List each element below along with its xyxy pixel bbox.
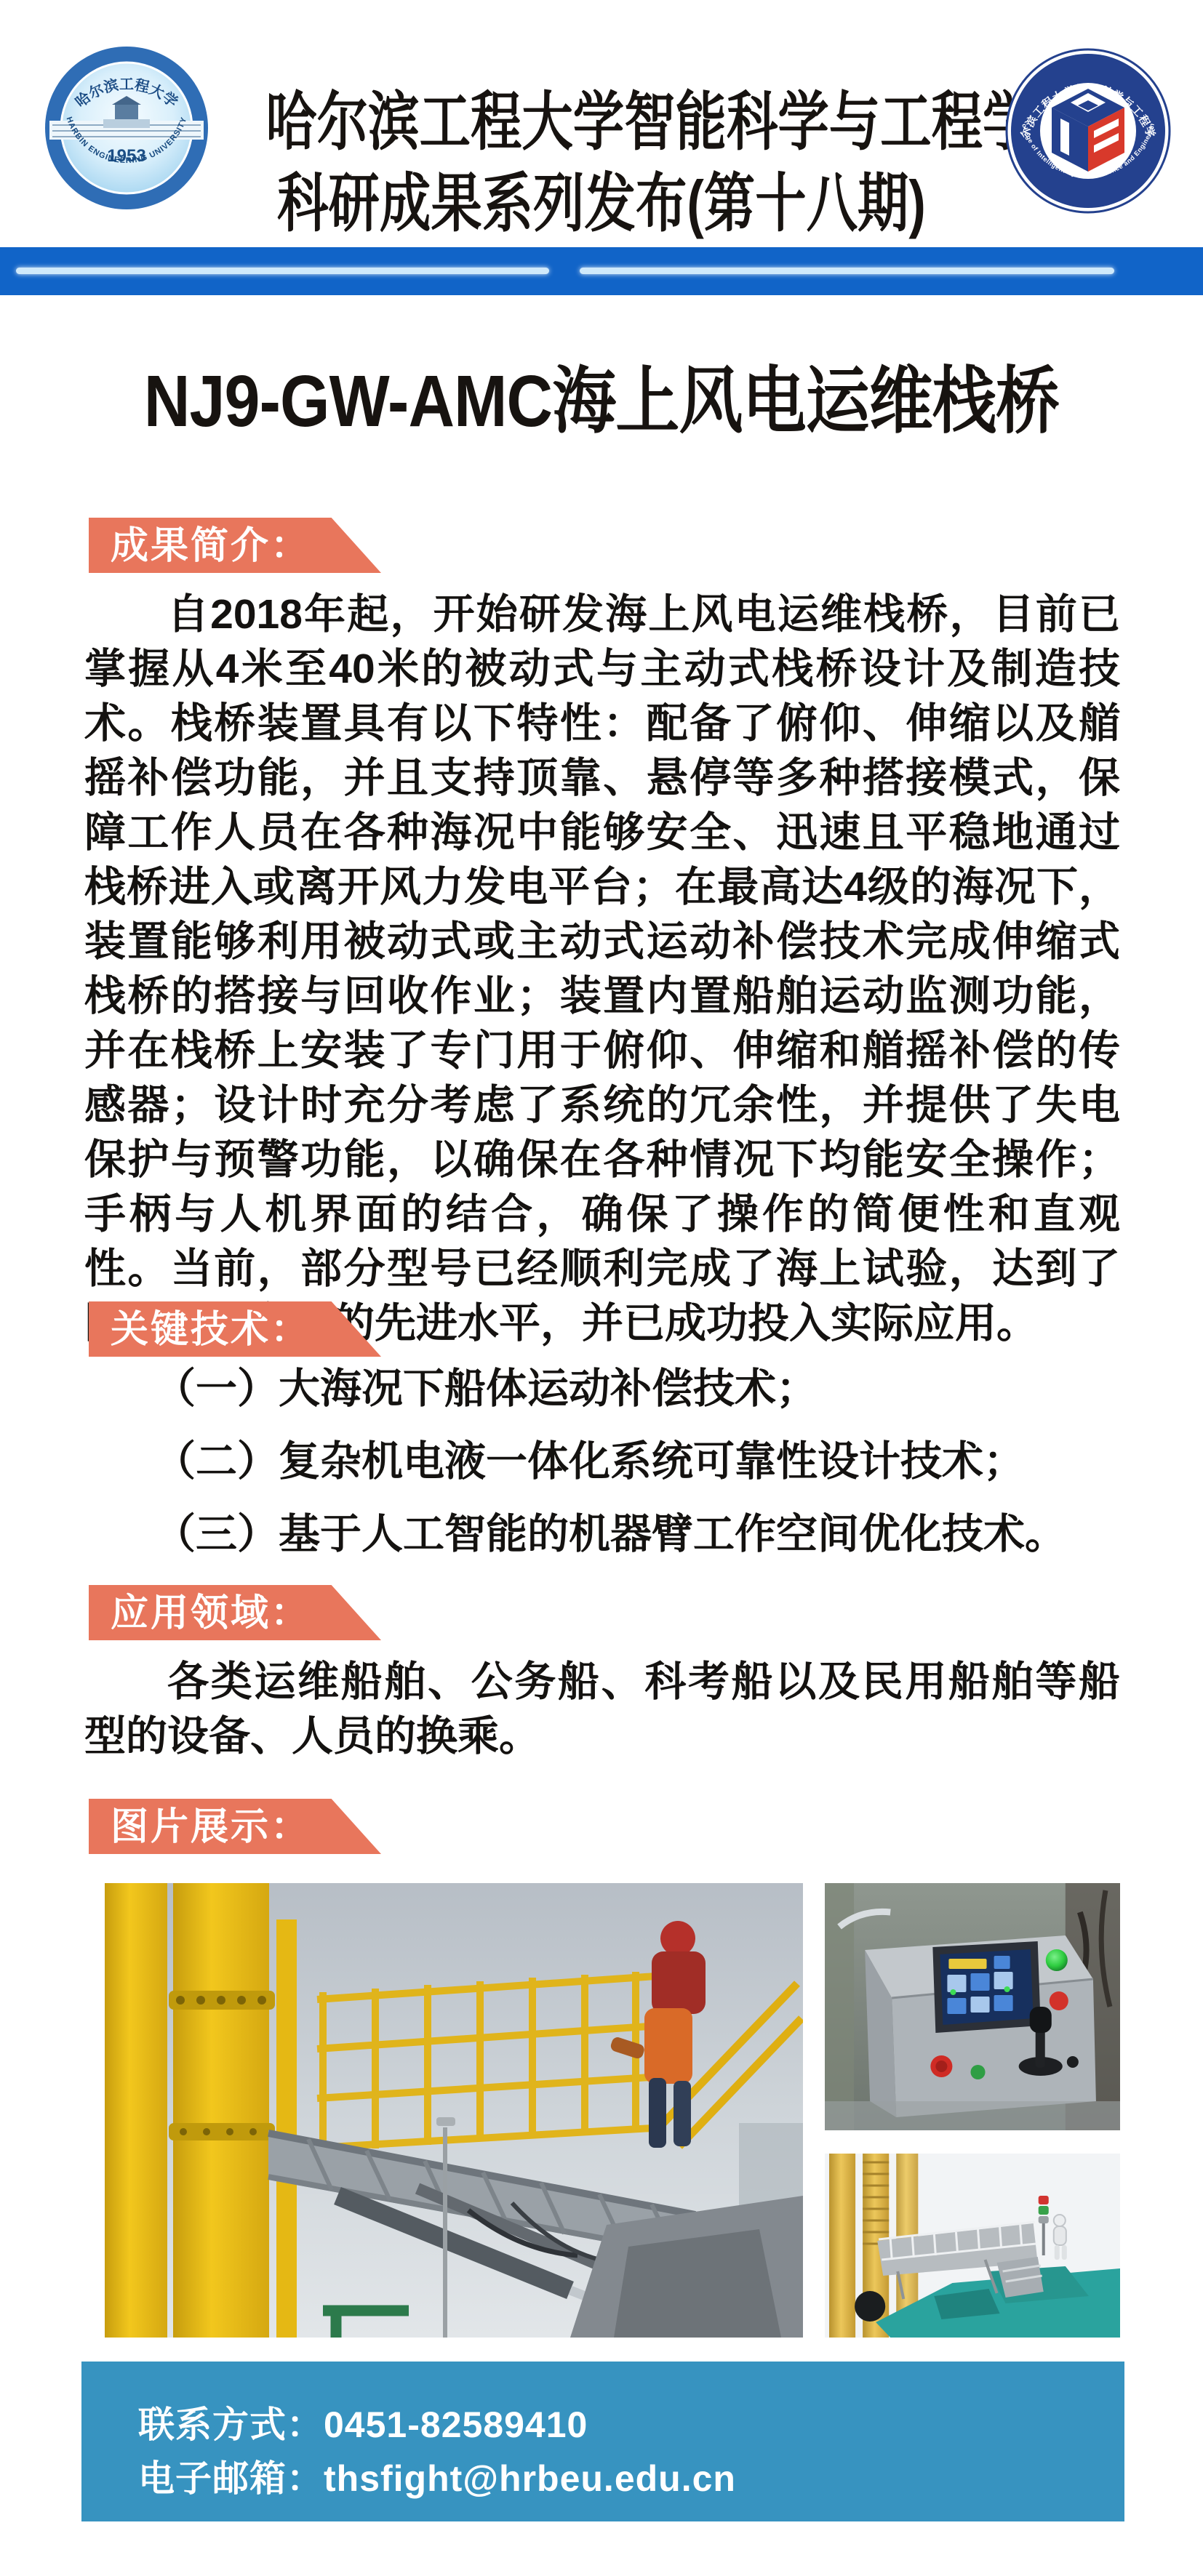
header-title: 哈尔滨工程大学智能科学与工程学院 科研成果系列发布(第十八期) <box>182 81 1021 244</box>
section-label-application: 应用领域： <box>89 1585 381 1642</box>
red-button-icon <box>1050 1991 1068 2010</box>
section-label-tech: 关键技术： <box>89 1301 381 1358</box>
header-title-line2: 科研成果系列发布(第十八期) <box>265 163 937 244</box>
green-button-icon <box>970 2065 985 2079</box>
band-highlight-right <box>580 268 1114 274</box>
section-label-gallery: 图片展示： <box>89 1799 381 1855</box>
section-label-intro: 成果简介： <box>89 518 381 574</box>
section-banner-tech: 关键技术： <box>89 1301 381 1357</box>
section-banner-gallery: 图片展示： <box>89 1799 381 1854</box>
application-paragraph: 各类运维船舶、公务船、科考船以及民用船舶等船型的设备、人员的换乘。 <box>84 1655 1120 1764</box>
header-title-line1: 哈尔滨工程大学智能科学与工程学院 <box>265 81 937 163</box>
section-banner-application: 应用领域： <box>89 1585 381 1640</box>
tech-item-3: （三）基于人工智能的机器臂工作空间优化技术。 <box>84 1506 1120 1562</box>
main-title: NJ9-GW-AMC海上风电运维栈桥 <box>72 361 1131 442</box>
section-banner-intro: 成果简介： <box>89 518 381 573</box>
contact-phone-label: 联系方式： <box>138 2404 324 2445</box>
footer-contact-box: 联系方式：0451-82589410 电子邮箱：thsfight@hrbeu.e… <box>81 2362 1124 2521</box>
control-console-photo <box>825 1883 1120 2130</box>
green-indicator-lamp-icon <box>1046 1949 1068 1971</box>
poster-page: 哈尔滨工程大学 1953 HARBIN ENGINEERING UNIVERSI… <box>0 0 1203 2576</box>
intro-paragraph: 自2018年起，开始研发海上风电运维栈桥，目前已掌握从4米至40米的被动式与主动… <box>84 587 1120 1351</box>
isse-college-logo-icon: 哈尔滨工程大学智能科学与工程学院 College of Intelligent … <box>1004 47 1172 215</box>
key-technology-list: （一）大海况下船体运动补偿技术； （二）复杂机电液一体化系统可靠性设计技术； （… <box>84 1361 1120 1579</box>
contact-email-value: thsfight@hrbeu.edu.cn <box>324 2458 736 2499</box>
offshore-gangway-site-photo <box>105 1883 803 2338</box>
contact-email-line: 电子邮箱：thsfight@hrbeu.edu.cn <box>138 2452 1124 2505</box>
contact-phone-value: 0451-82589410 <box>324 2404 588 2445</box>
gangway-3d-render <box>825 2154 1120 2338</box>
band-highlight-left <box>16 268 549 274</box>
contact-email-label: 电子邮箱： <box>138 2458 324 2499</box>
contact-phone-line: 联系方式：0451-82589410 <box>138 2398 1124 2452</box>
tech-item-2: （二）复杂机电液一体化系统可靠性设计技术； <box>84 1434 1120 1489</box>
divider-band <box>0 247 1203 295</box>
tech-item-1: （一）大海况下船体运动补偿技术； <box>84 1361 1120 1416</box>
